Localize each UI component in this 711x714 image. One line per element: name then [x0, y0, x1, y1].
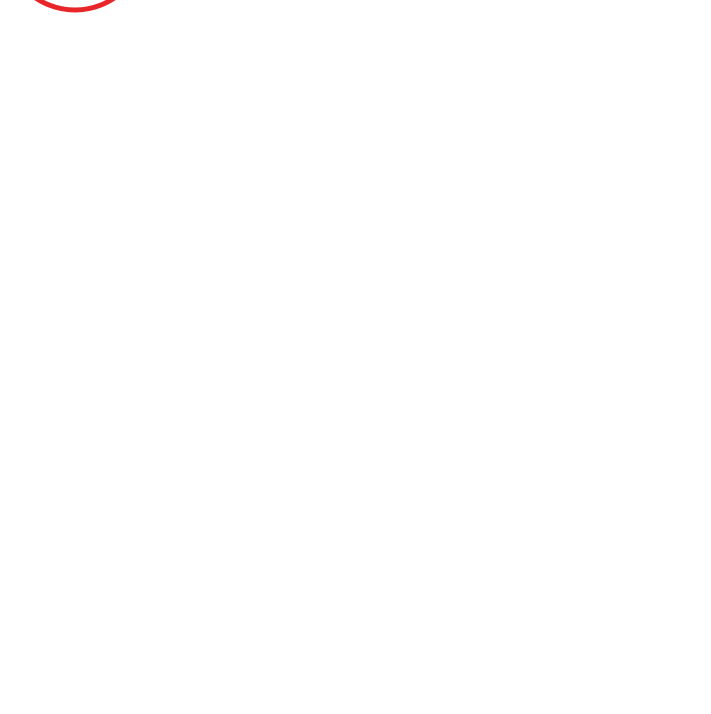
stamp-partial-top — [25, 0, 125, 20]
